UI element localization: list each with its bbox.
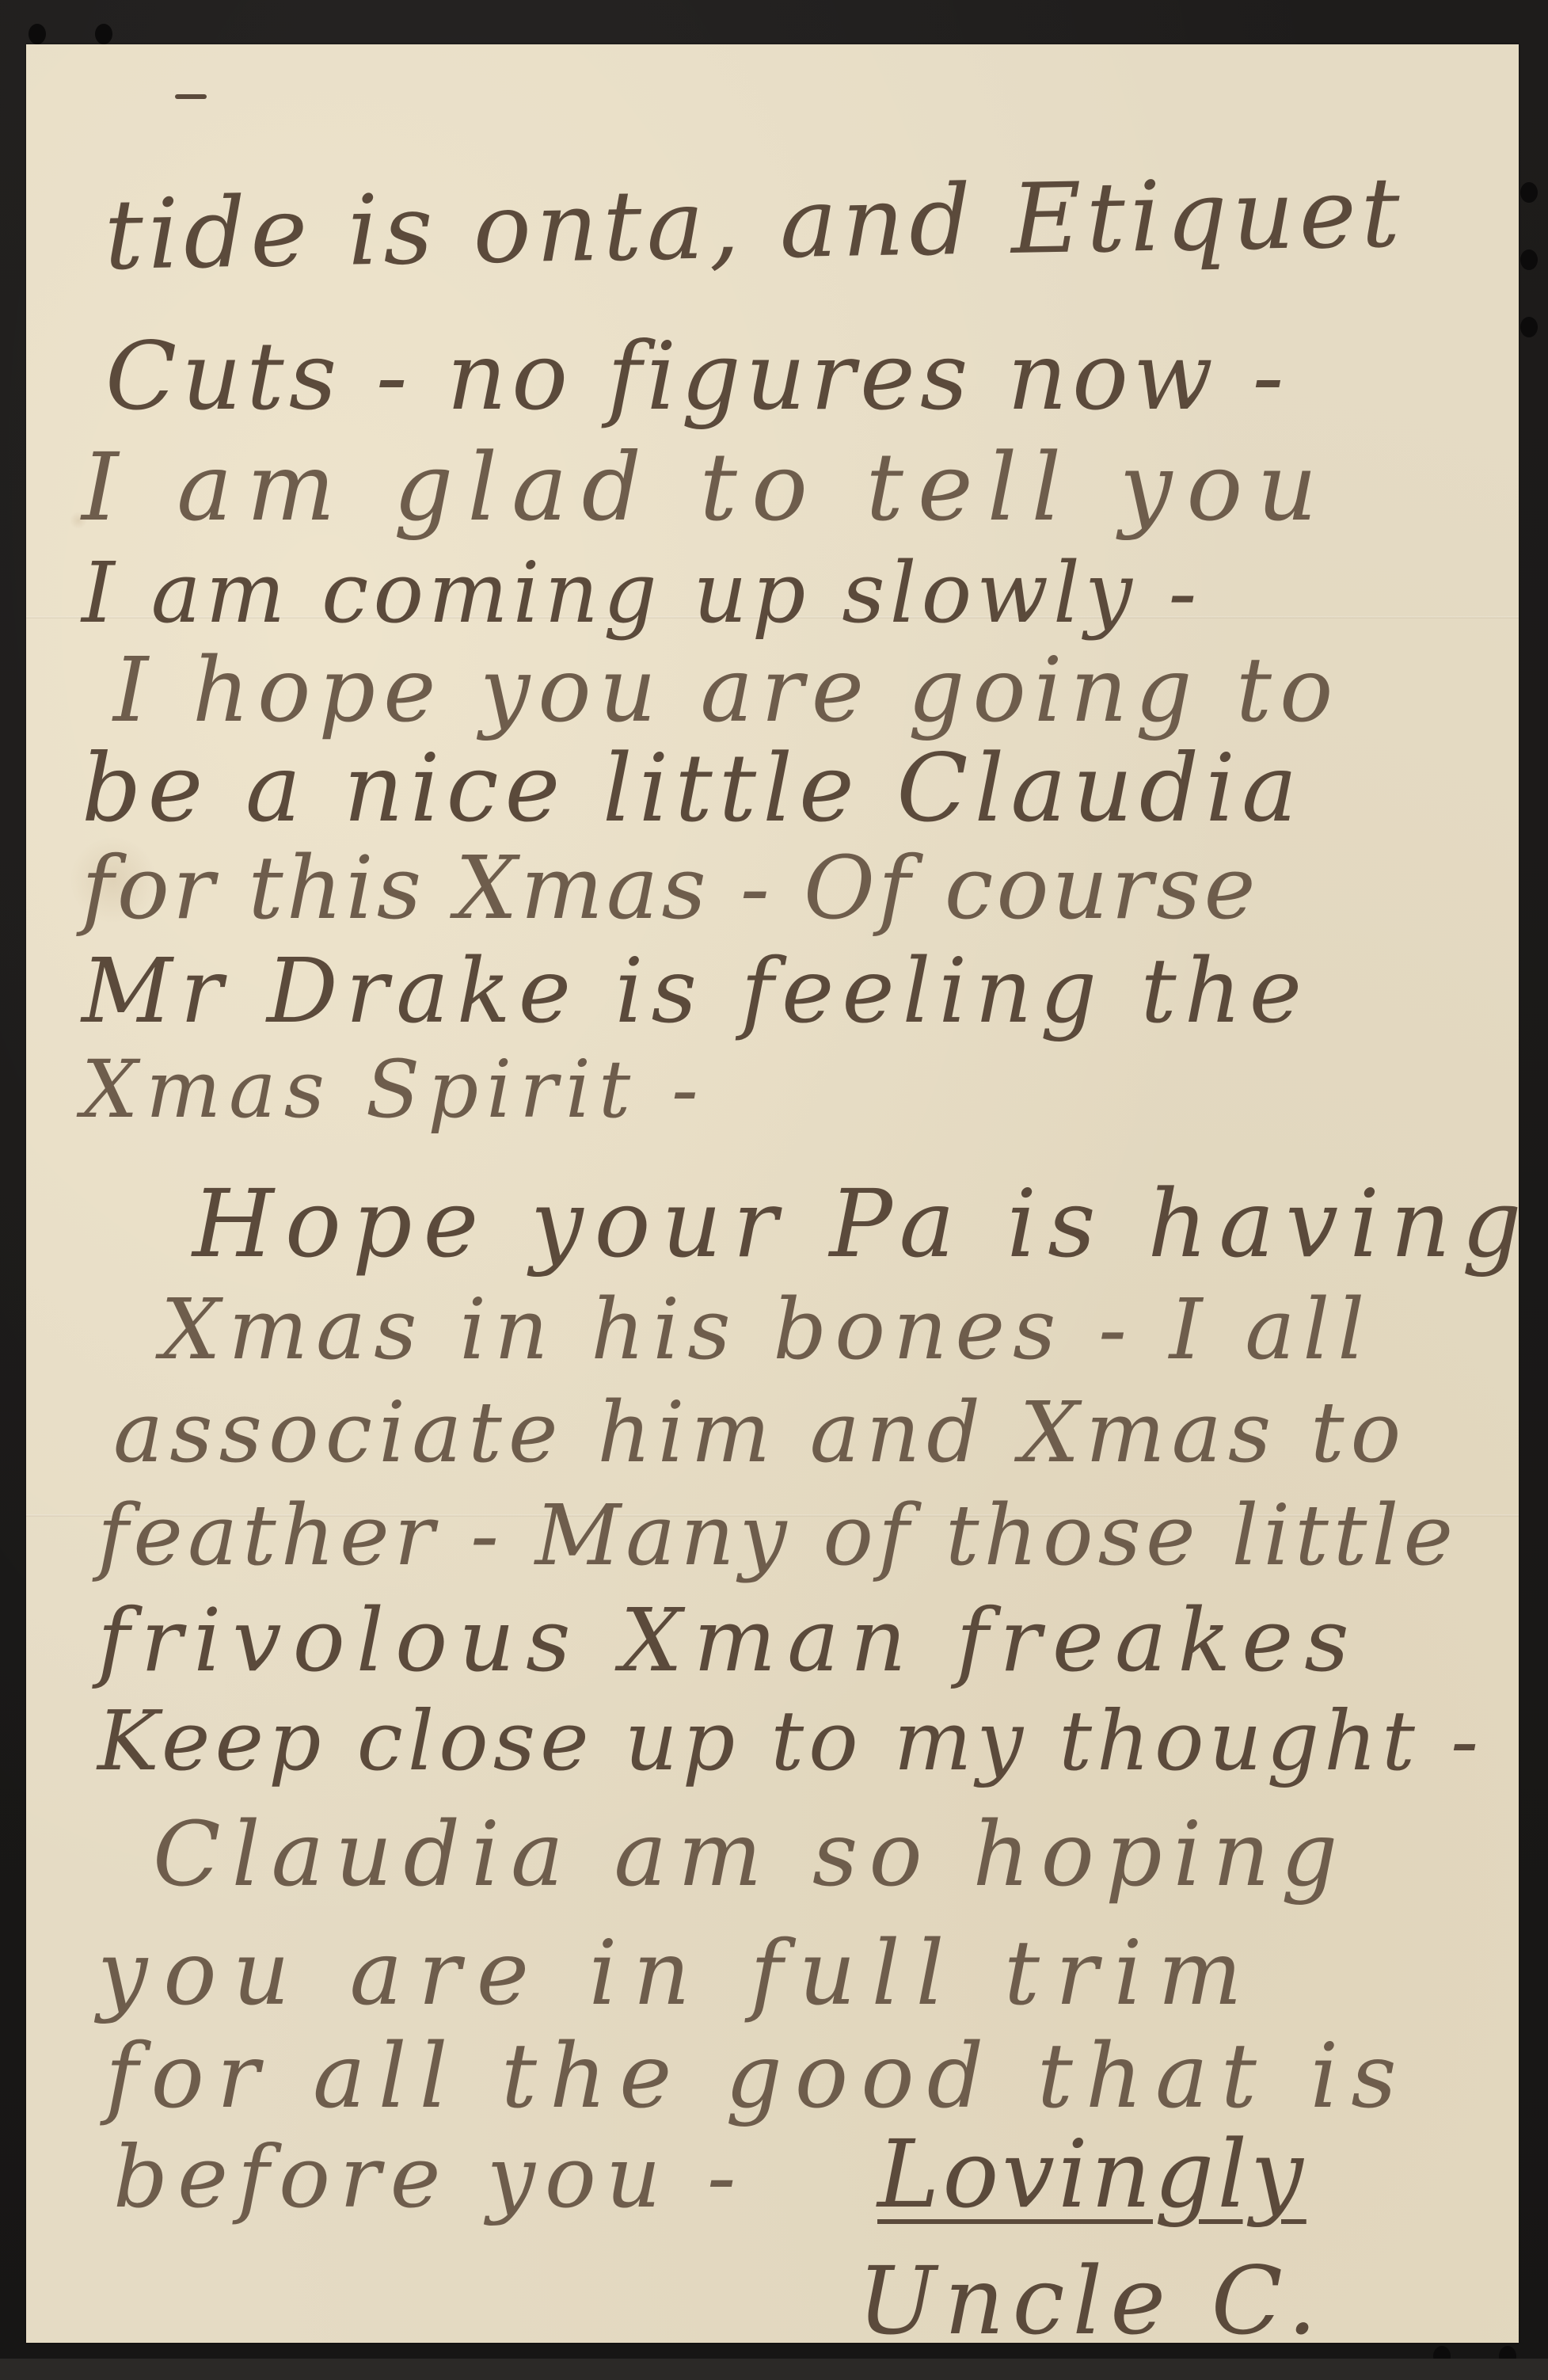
letter-line-17: you are in full trim [97,1929,1258,2018]
letter-line-9: Xmas Spirit - [82,1050,706,1129]
closing-lovingly: Lovingly [877,2127,1306,2221]
letter-line-5: I hope you are going to [113,646,1341,735]
letter-line-2: Cuts - no figures now - [105,329,1288,423]
mount-hole [29,24,46,44]
letter-line-8: Mr Drake is feeling the [82,947,1310,1036]
letter-line-1: tide is onta, and Etiquet [104,164,1405,284]
letter-line-19: before you - [113,2135,745,2221]
letter-line-3: I am glad to tell you [82,440,1331,534]
letter-line-12: associate him and Xmas to [113,1391,1407,1475]
mount-bottom-strip [0,2359,1548,2380]
letter-page: tide is onta, and Etiquet Cuts - no figu… [26,44,1519,2343]
letter-line-7: for this Xmas - Of course [82,844,1259,931]
letter-line-4: I am coming up slowly - [82,551,1201,635]
mount-hole [95,24,112,44]
letter-line-10: Hope your Pa is having [192,1177,1532,1270]
signature-uncle-c: Uncle C. [858,2254,1325,2348]
letter-line-14: frivolous Xman freakes [97,1597,1360,1684]
letter-line-6: be a nice little Claudia [82,741,1303,835]
letter-line-11: Xmas in his bones - I all [161,1288,1372,1372]
letter-line-13: feather - Many of those little [97,1494,1458,1578]
mount-hole [1520,249,1538,270]
mount-hole [1520,317,1538,337]
letter-line-18: for all the good that is [105,2032,1409,2121]
letter-line-16: Claudia am so hoping [153,1811,1348,1899]
t-crossbar [175,94,207,99]
mount-hole [1520,182,1538,203]
letter-line-15: Keep close up to my thought - [97,1700,1483,1782]
